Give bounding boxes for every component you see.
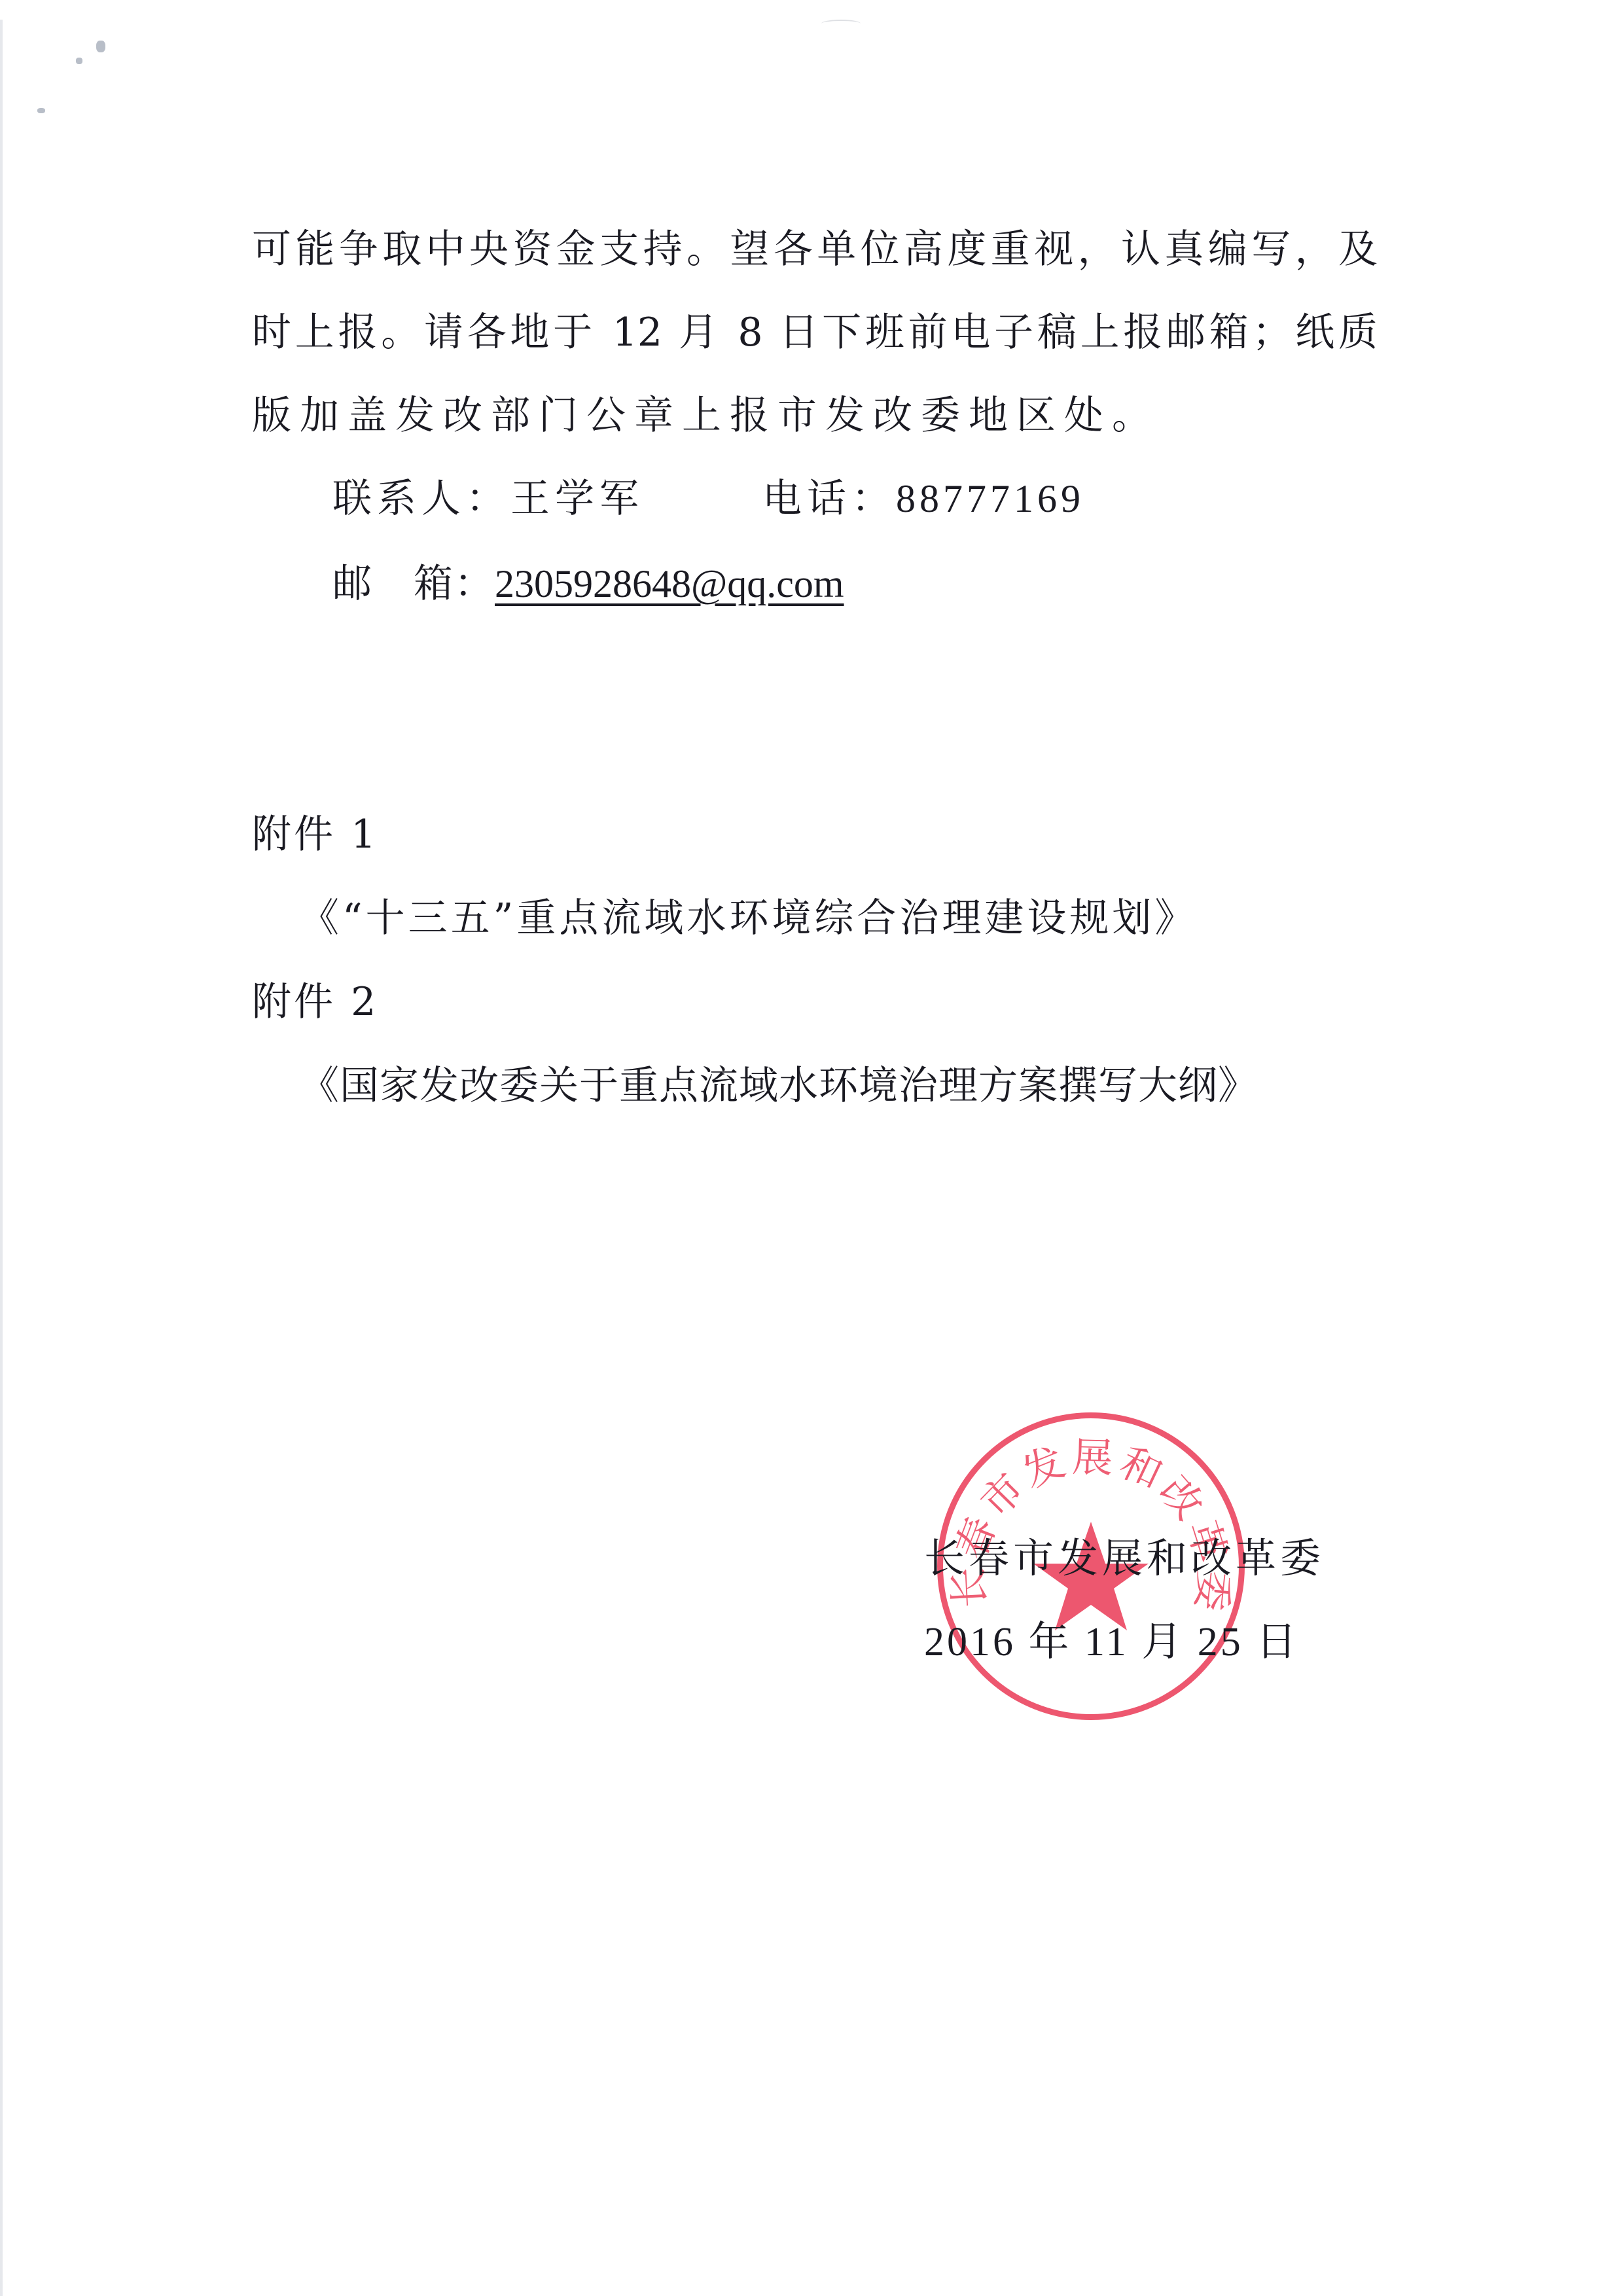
contact-person-name: 王学军 xyxy=(510,476,644,522)
contact-phone-value: 88777169 xyxy=(896,477,1084,520)
contact-email-row: 邮 箱：2305928648@qq.com xyxy=(332,561,844,607)
attachment-1-label: 附件 1 xyxy=(252,812,378,857)
attachment-2-label: 附件 2 xyxy=(252,979,378,1025)
scan-speck xyxy=(76,58,82,64)
attachment-2-title: 《国家发改委关于重点流域水环境治理方案撰写大纲》 xyxy=(300,1063,1258,1109)
scan-mark xyxy=(821,20,861,27)
body-line-1: 可能争取中央资金支持。望各单位高度重视，认真编写，及 xyxy=(252,226,1378,272)
body-line-2: 时上报。请各地于 12 月 8 日下班前电子稿上报邮箱；纸质 xyxy=(252,310,1378,355)
contact-phone-row: 电话：88777169 xyxy=(762,476,1084,522)
scan-edge xyxy=(0,20,3,2296)
contact-person-label: 联系人： xyxy=(332,476,510,522)
body-line-3: 版加盖发改部门公章上报市发改委地区处。 xyxy=(252,393,1160,439)
contact-email-link[interactable]: 2305928648@qq.com xyxy=(495,562,844,605)
attachment-1-title: 《“十三五”重点流域水环境综合治理建设规划》 xyxy=(300,895,1197,941)
contact-phone-label: 电话： xyxy=(762,476,896,522)
contact-person-row: 联系人：王学军 xyxy=(332,476,644,522)
contact-email-label: 邮 箱： xyxy=(332,561,495,607)
signature-date: 2016 年 11 月 25 日 xyxy=(924,1619,1299,1666)
scan-speck xyxy=(37,108,45,113)
scan-speck xyxy=(96,41,105,52)
signature-organization: 长春市发展和改革委 xyxy=(924,1535,1325,1582)
